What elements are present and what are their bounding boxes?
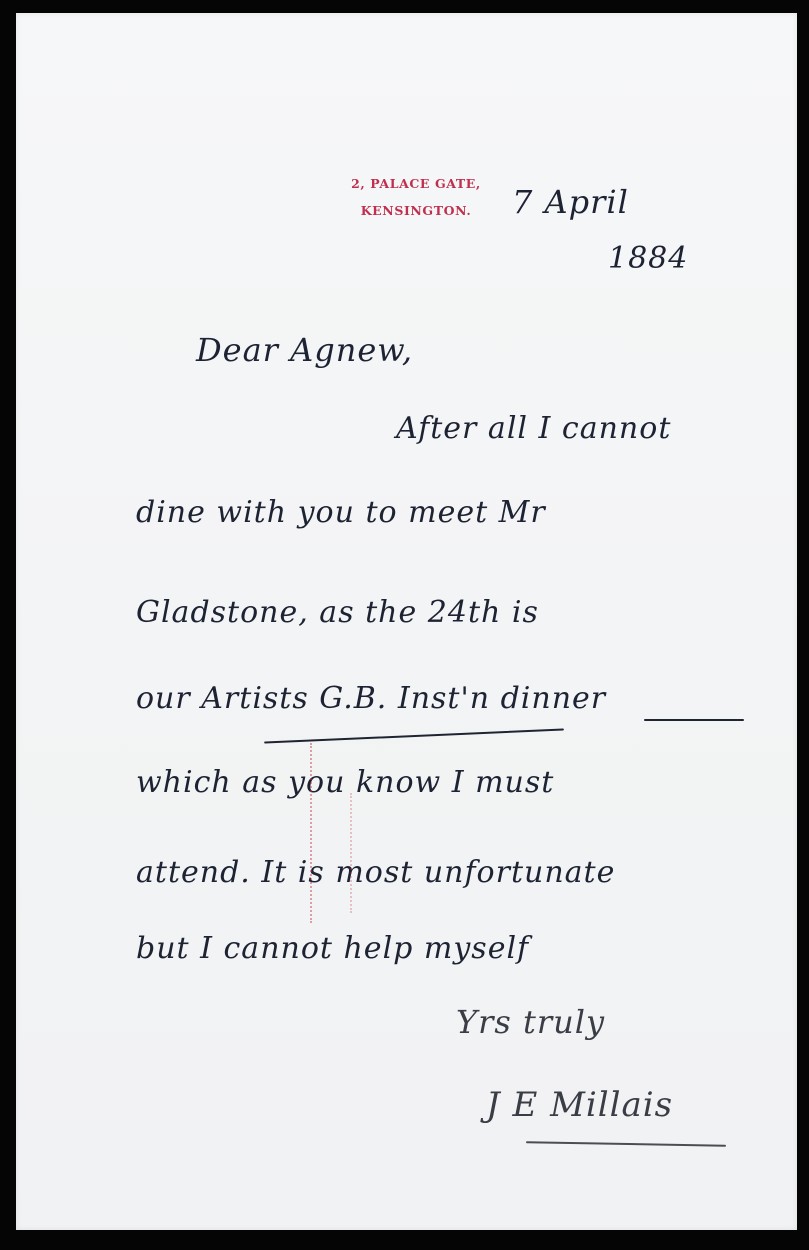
closing: Yrs truly [456, 1003, 605, 1041]
red-ink-speckles [350, 793, 355, 913]
body-line-1: After all I cannot [396, 411, 671, 446]
body-line-6: attend. It is most unfortunate [136, 855, 615, 890]
salutation: Dear Agnew, [196, 331, 413, 369]
body-line-2: dine with you to meet Mr [136, 495, 546, 530]
signature-underline [526, 1141, 726, 1146]
letter-page: 2, PALACE GATE, KENSINGTON. 7 April 1884… [16, 13, 797, 1230]
body-line-5: which as you know I must [136, 765, 554, 800]
letterhead-locality-line: KENSINGTON. [326, 203, 506, 218]
body-line-7: but I cannot help myself [136, 931, 529, 966]
underline-dinner [644, 719, 744, 721]
red-ink-speckles [310, 743, 315, 923]
signature: J E Millais [486, 1085, 673, 1125]
body-line-4: our Artists G.B. Inst'n dinner [136, 681, 606, 716]
date-year: 1884 [608, 241, 688, 276]
date-day-month: 7 April [512, 183, 629, 221]
letterhead-address-line: 2, PALACE GATE, [326, 176, 506, 191]
body-line-3: Gladstone, as the 24th is [136, 595, 539, 630]
underline-institution [264, 728, 564, 743]
